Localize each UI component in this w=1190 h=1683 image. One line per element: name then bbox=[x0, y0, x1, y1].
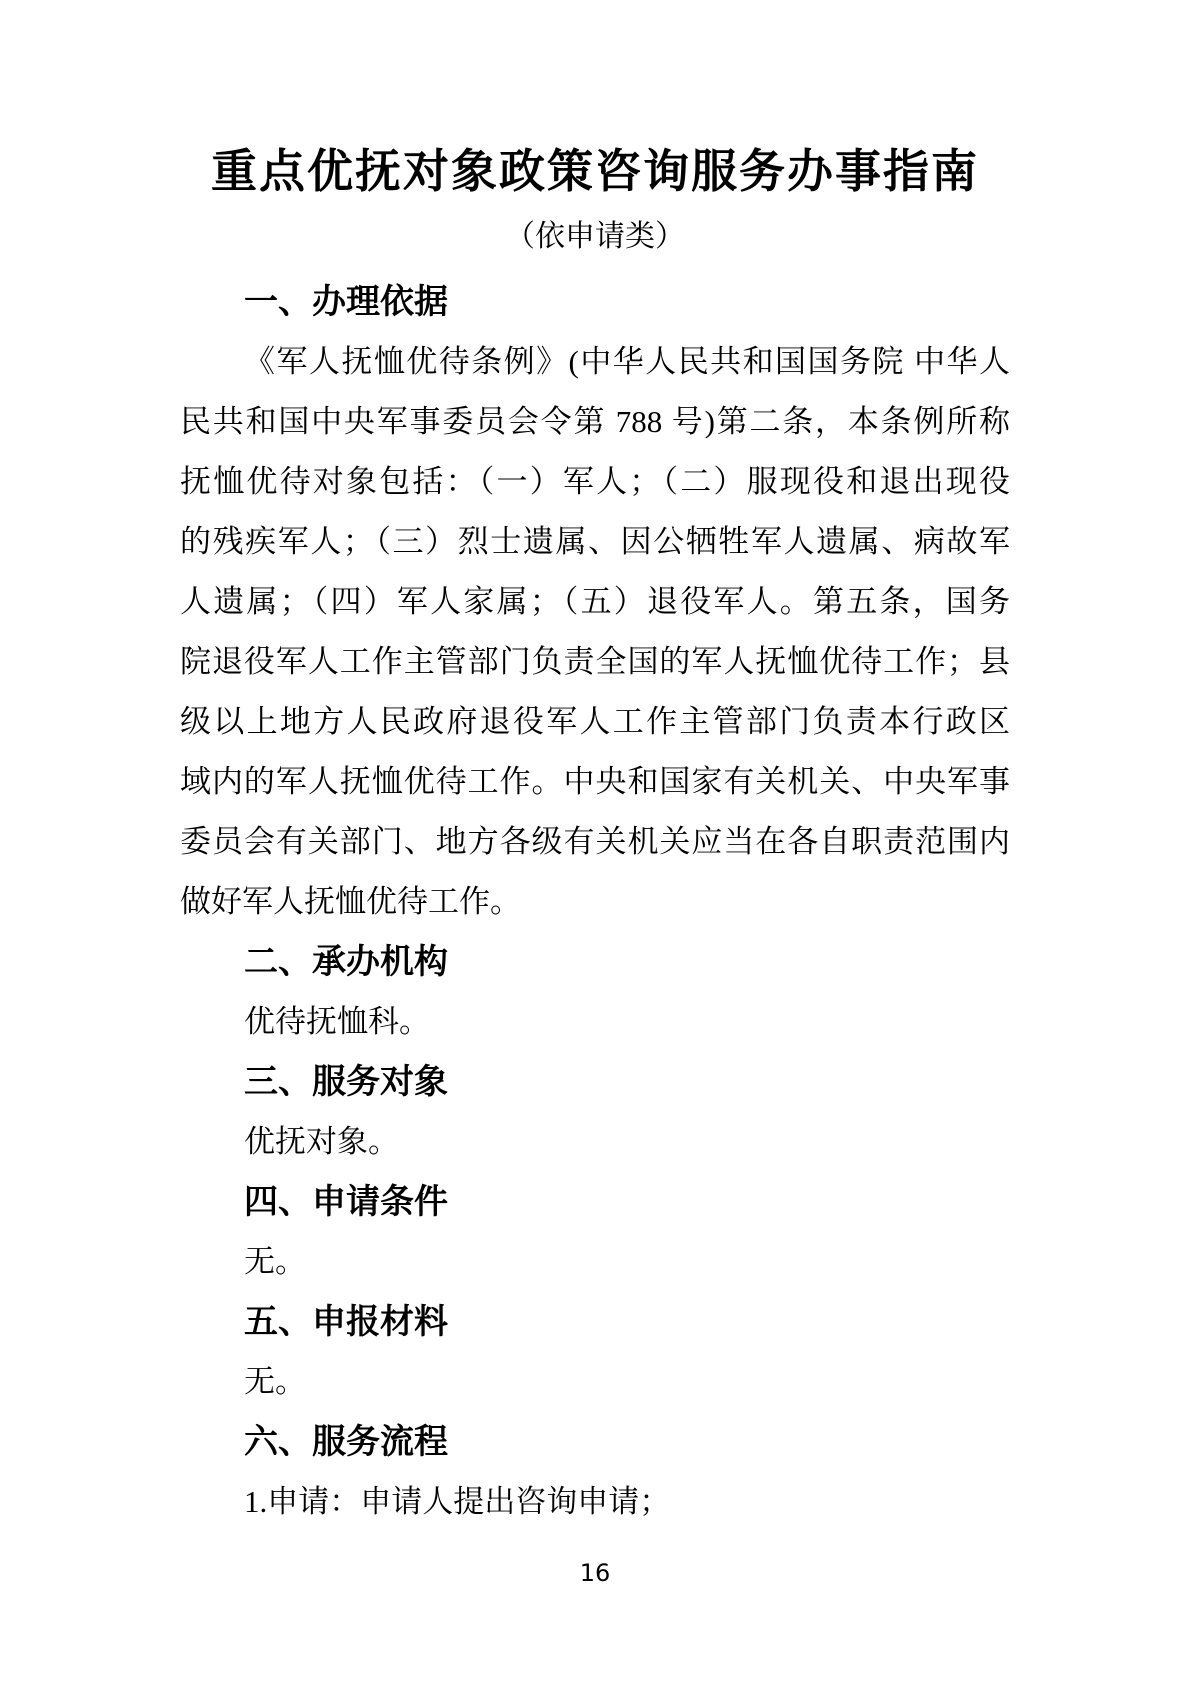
document-page: 重点优抚对象政策咨询服务办事指南 （依申请类） 一、办理依据 《军人抚恤优待条例… bbox=[0, 0, 1190, 1683]
page-number: 16 bbox=[0, 1558, 1190, 1588]
section-heading: 二、承办机构 bbox=[180, 932, 1010, 992]
section-undertaking-agency: 二、承办机构 优待抚恤科。 bbox=[180, 932, 1010, 1052]
section-application-materials: 五、申报材料 无。 bbox=[180, 1292, 1010, 1412]
paragraph-line: 人遗属；（四）军人家属；（五）退役军人。第五条，国务 bbox=[180, 572, 1010, 632]
section-service-target: 三、服务对象 优抚对象。 bbox=[180, 1052, 1010, 1172]
section-heading: 一、办理依据 bbox=[180, 272, 1010, 332]
paragraph-line: 院退役军人工作主管部门负责全国的军人抚恤优待工作；县 bbox=[180, 632, 1010, 692]
paragraph-line: 优待抚恤科。 bbox=[180, 992, 1010, 1052]
paragraph-line: 的残疾军人；（三）烈士遗属、因公牺牲军人遗属、病故军 bbox=[180, 512, 1010, 572]
section-heading: 三、服务对象 bbox=[180, 1052, 1010, 1112]
paragraph-line: 1.申请：申请人提出咨询申请； bbox=[180, 1472, 1010, 1532]
section-heading: 四、申请条件 bbox=[180, 1172, 1010, 1232]
paragraph-line: 域内的军人抚恤优待工作。中央和国家有关机关、中央军事 bbox=[180, 752, 1010, 812]
paragraph-line: 做好军人抚恤优待工作。 bbox=[180, 872, 1010, 932]
section-heading: 六、服务流程 bbox=[180, 1412, 1010, 1472]
paragraph-line: 《军人抚恤优待条例》(中华人民共和国国务院 中华人 bbox=[180, 332, 1010, 392]
document-subtitle: （依申请类） bbox=[180, 202, 1010, 272]
paragraph-line: 级以上地方人民政府退役军人工作主管部门负责本行政区 bbox=[180, 692, 1010, 752]
paragraph-line: 民共和国中央军事委员会令第 788 号)第二条，本条例所称 bbox=[180, 392, 1010, 452]
paragraph-line: 无。 bbox=[180, 1232, 1010, 1292]
document-title: 重点优抚对象政策咨询服务办事指南 bbox=[180, 142, 1010, 202]
section-heading: 五、申报材料 bbox=[180, 1292, 1010, 1352]
section-handling-basis: 一、办理依据 《军人抚恤优待条例》(中华人民共和国国务院 中华人 民共和国中央军… bbox=[180, 272, 1010, 932]
document-content: 重点优抚对象政策咨询服务办事指南 （依申请类） 一、办理依据 《军人抚恤优待条例… bbox=[180, 0, 1010, 1532]
paragraph-line: 无。 bbox=[180, 1352, 1010, 1412]
section-service-process: 六、服务流程 1.申请：申请人提出咨询申请； bbox=[180, 1412, 1010, 1532]
paragraph-line: 委员会有关部门、地方各级有关机关应当在各自职责范围内 bbox=[180, 812, 1010, 872]
section-application-conditions: 四、申请条件 无。 bbox=[180, 1172, 1010, 1292]
paragraph-line: 优抚对象。 bbox=[180, 1112, 1010, 1172]
paragraph-line: 抚恤优待对象包括：（一）军人；（二）服现役和退出现役 bbox=[180, 452, 1010, 512]
